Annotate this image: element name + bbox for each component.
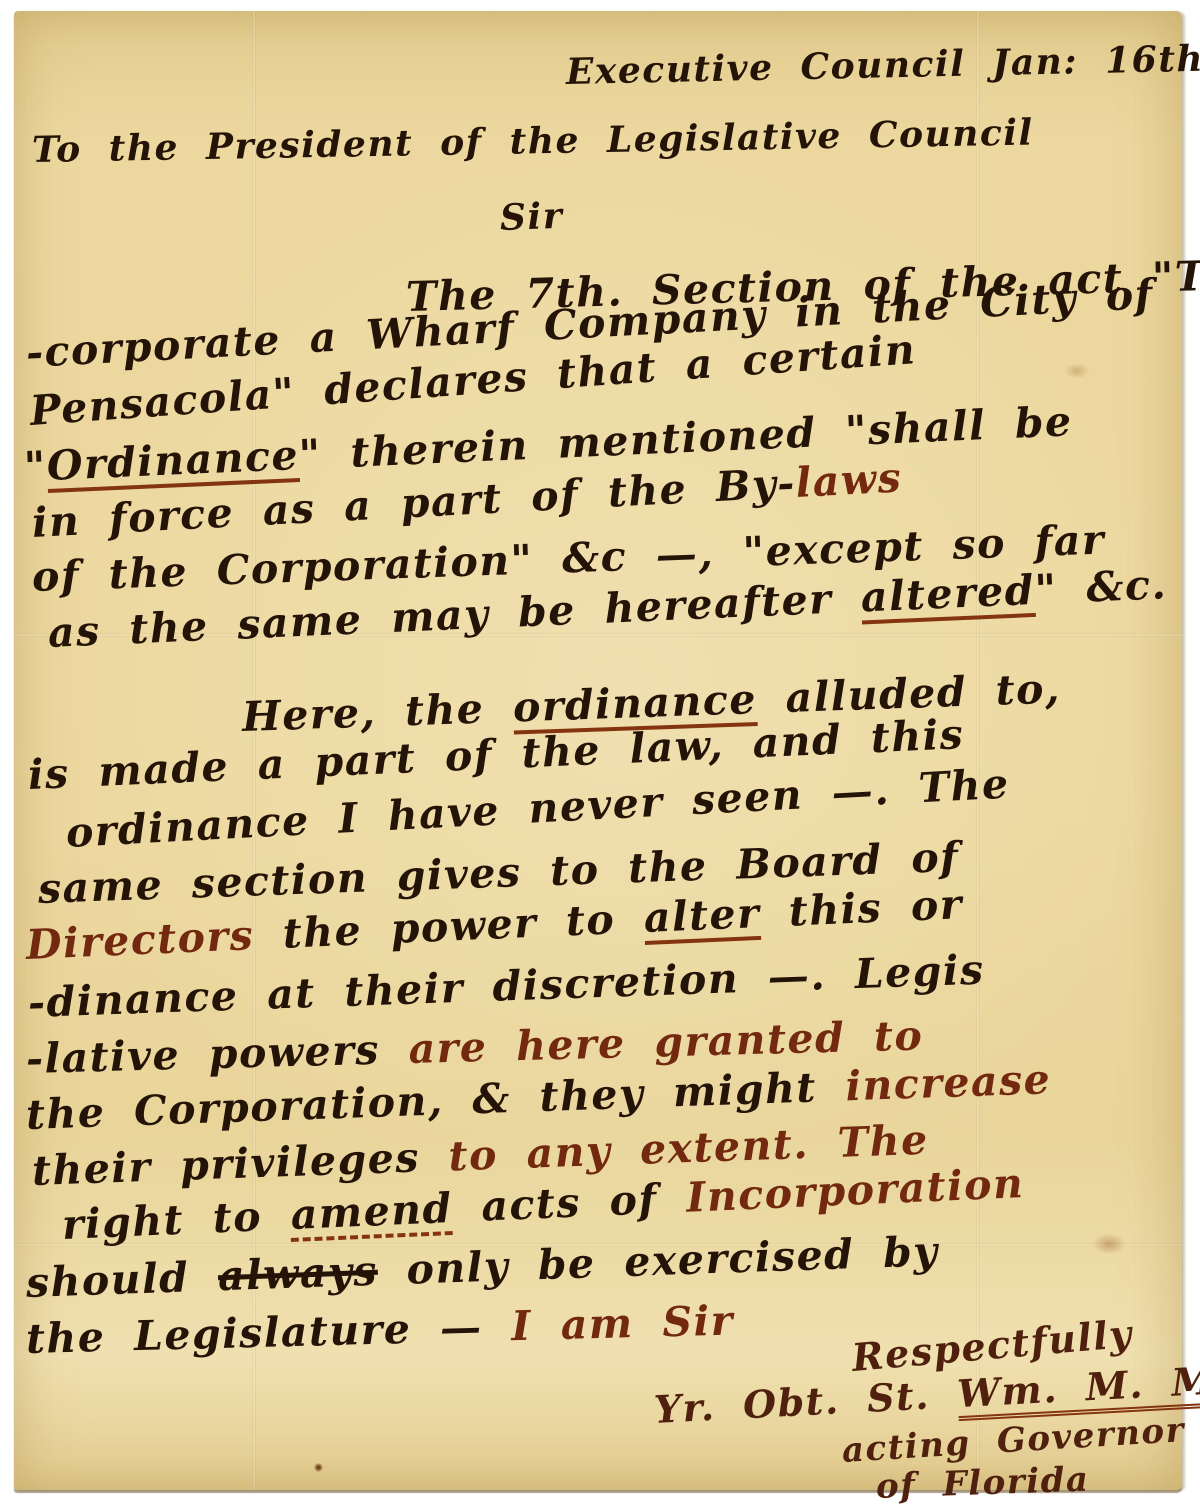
text-run: should — [25, 1252, 219, 1307]
text-run: " — [23, 442, 48, 491]
body-line: the Legislature — I am Sir — [25, 1296, 734, 1363]
recipient-text: To the President of the Legislative Coun… — [32, 112, 1034, 171]
stain — [1092, 1233, 1126, 1255]
recipient-line: To the President of the Legislative Coun… — [32, 112, 1034, 171]
text-run: the power to — [253, 894, 645, 959]
underlined-word: amend — [290, 1184, 454, 1239]
text-run: " &c. — [1034, 560, 1168, 614]
dateline-text: Executive Council Jan: 16th. 1828 — [566, 35, 1200, 93]
salutation: Sir — [499, 195, 564, 239]
underlined-word: alter — [643, 889, 761, 942]
underlined-word: altered — [860, 566, 1036, 622]
rust-ink-phrase: I am Sir — [511, 1296, 735, 1350]
text-run: acts of — [452, 1174, 688, 1232]
text-run: their privileges — [31, 1132, 449, 1195]
struck-word: always — [217, 1247, 378, 1301]
text-run: only be exercised by — [377, 1227, 939, 1295]
letter-page: Executive Council Jan: 16th. 1828 To the… — [14, 11, 1182, 1490]
rust-ink-word: Directors — [25, 911, 255, 969]
salutation-text: Sir — [499, 195, 564, 239]
text-run: the Legislature — — [25, 1302, 512, 1363]
text-run: this or — [759, 880, 964, 937]
ink-speck — [314, 1463, 323, 1472]
closing-place: of Florida — [875, 1460, 1090, 1507]
signature-prefix: Yr. Obt. St. — [653, 1371, 959, 1432]
underlined-word: Ordinance — [46, 431, 300, 490]
closing-place-text: of Florida — [875, 1460, 1090, 1507]
stain — [1064, 363, 1090, 379]
dateline: Executive Council Jan: 16th. 1828 — [566, 35, 1200, 93]
text-run: -lative powers — [25, 1025, 409, 1083]
fold-crease — [976, 11, 980, 1490]
rust-ink-word: increase — [845, 1055, 1052, 1110]
text-run: right to — [61, 1191, 292, 1249]
rust-ink-word: laws — [794, 453, 903, 507]
